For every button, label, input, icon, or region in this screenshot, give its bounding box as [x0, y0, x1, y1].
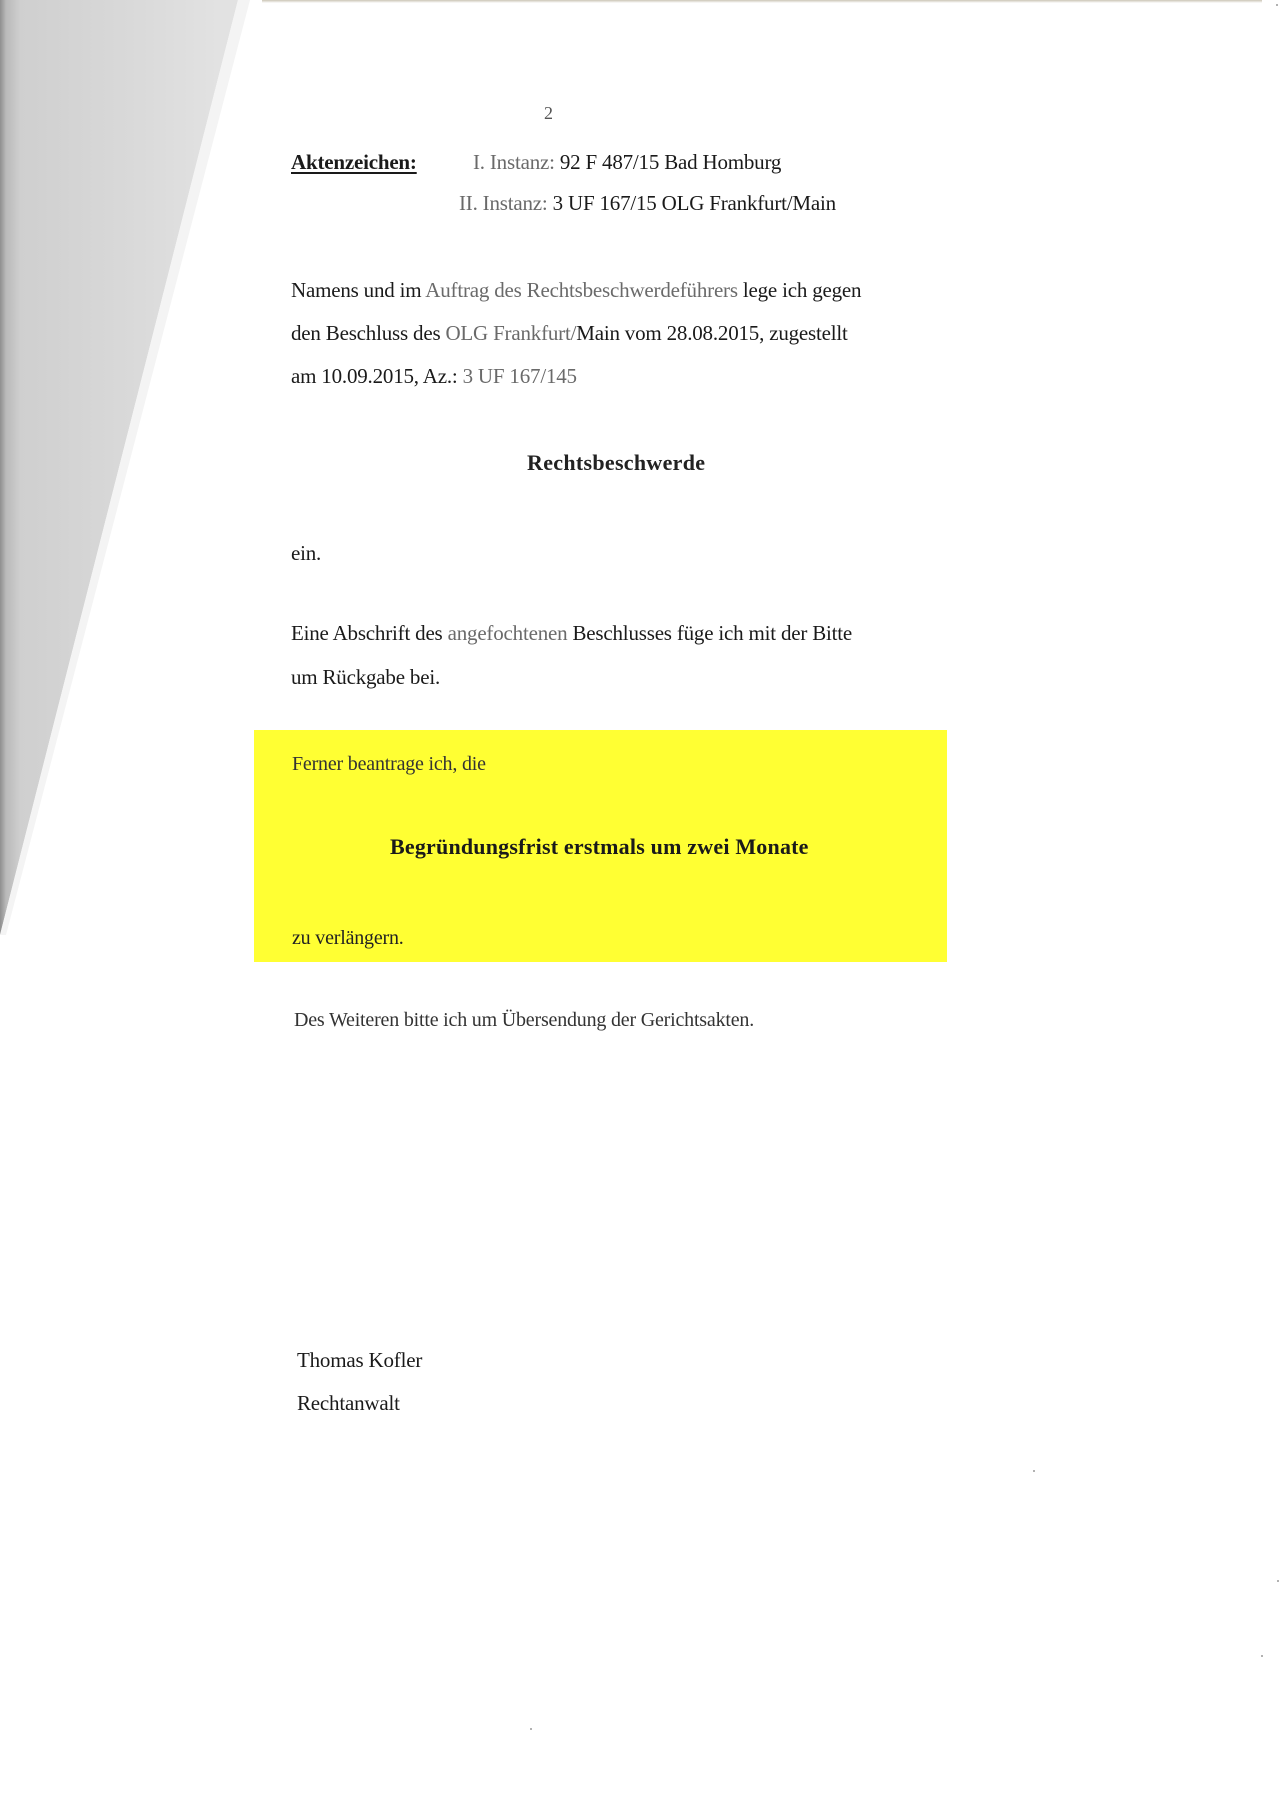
text-run: Namens und im — [291, 278, 425, 302]
text-run-faded: OLG Frankfurt/ — [445, 321, 576, 345]
text-run: Eine Abschrift des — [291, 621, 448, 645]
case-reference-second-instance: II. Instanz: 3 UF 167/15 OLG Frankfurt/M… — [459, 193, 836, 214]
text-run-faded: angefochtenen — [448, 621, 568, 645]
scan-speck — [1277, 1580, 1279, 1582]
scan-speck — [530, 1728, 532, 1730]
ein-line: ein. — [291, 543, 321, 564]
scan-speck — [1033, 1470, 1035, 1472]
scan-speck — [1276, 4, 1278, 6]
text-run: Main vom 28.08.2015, zugestellt — [576, 321, 847, 345]
signature-title: Rechtanwalt — [297, 1393, 400, 1414]
text-run: Beschlusses füge ich mit der Bitte — [567, 621, 852, 645]
scan-speck — [1261, 1655, 1263, 1657]
signature-name: Thomas Kofler — [297, 1350, 422, 1371]
case-reference-label: Aktenzeichen: — [291, 152, 417, 173]
paragraph-1-line-3: am 10.09.2015, Az.: 3 UF 167/145 — [291, 366, 577, 387]
request-closing: zu verlängern. — [292, 928, 404, 948]
paragraph-2-line-1: Eine Abschrift des angefochtenen Beschlu… — [291, 623, 852, 644]
text-run: den Beschluss des — [291, 321, 445, 345]
first-instance-value: 92 F 487/15 Bad Homburg — [560, 150, 781, 174]
paragraph-1-line-1: Namens und im Auftrag des Rechtsbeschwer… — [291, 280, 861, 301]
paragraph-2-line-2: um Rückgabe bei. — [291, 667, 440, 688]
second-instance-prefix: II. Instanz: — [459, 191, 548, 215]
page-top-edge — [262, 0, 1262, 3]
scanner-shadow — [0, 0, 260, 960]
case-reference-first-instance: I. Instanz: 92 F 487/15 Bad Homburg — [473, 152, 781, 173]
paragraph-1-line-2: den Beschluss des OLG Frankfurt/Main vom… — [291, 323, 848, 344]
request-intro: Ferner beantrage ich, die — [292, 754, 486, 774]
document-heading: Rechtsbeschwerde — [527, 452, 705, 474]
text-run: am 10.09.2015, Az.: — [291, 364, 463, 388]
second-instance-value: 3 UF 167/15 OLG Frankfurt/Main — [553, 191, 836, 215]
first-instance-prefix: I. Instanz: — [473, 150, 555, 174]
request-emphasis: Begründungsfrist erstmals um zwei Monate — [390, 836, 809, 858]
text-run: lege ich gegen — [738, 278, 862, 302]
text-run-faded: Auftrag des Rechtsbeschwerdeführers — [425, 278, 738, 302]
paragraph-3: Des Weiteren bitte ich um Übersendung de… — [294, 1010, 754, 1030]
page-number: 2 — [544, 104, 553, 122]
text-run-faded: 3 UF 167/145 — [463, 364, 577, 388]
